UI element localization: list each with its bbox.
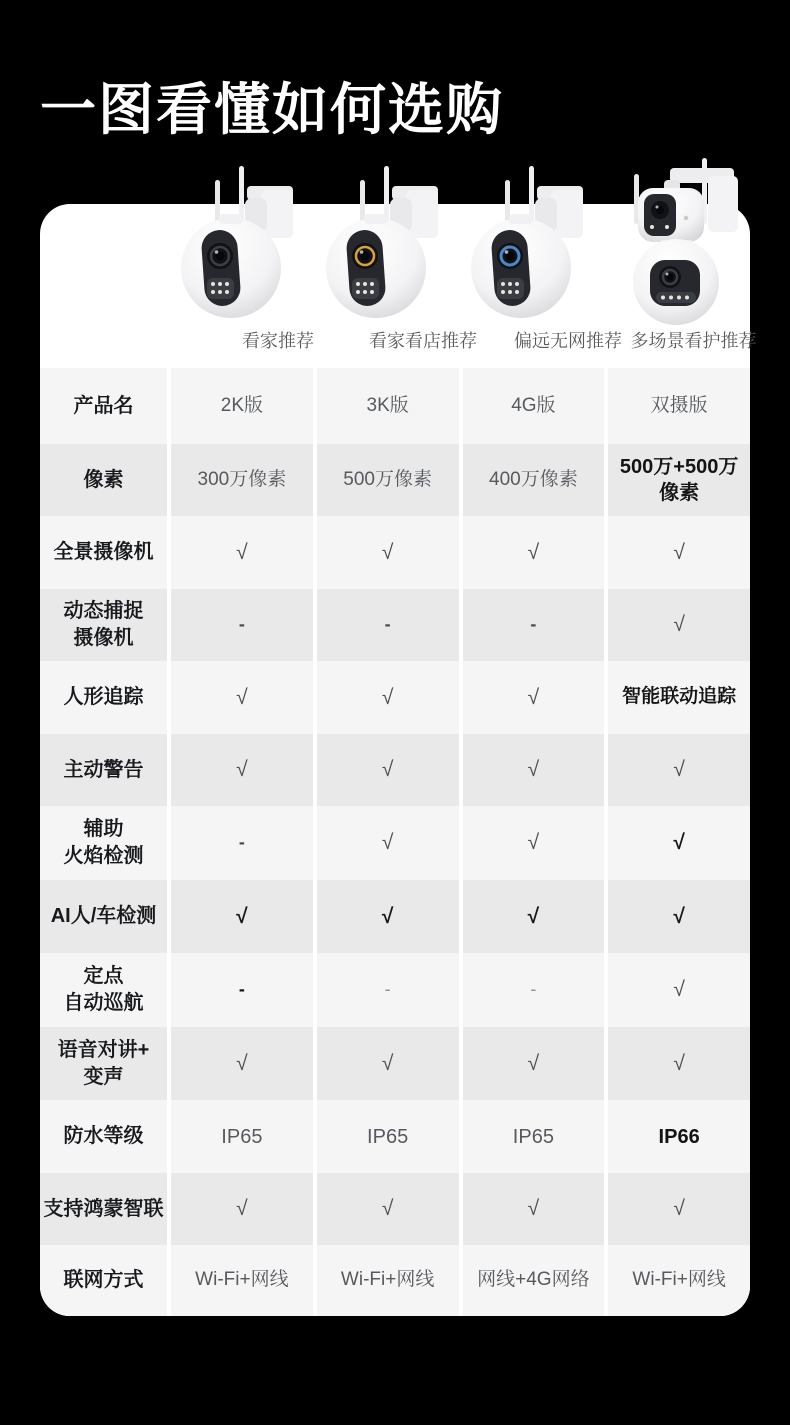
row-label: 防水等级	[40, 1100, 167, 1173]
row-label: 人形追踪	[40, 661, 167, 734]
dash-mark: -	[171, 953, 313, 1027]
check-mark: √	[608, 734, 750, 806]
table-cell: 2K版	[171, 368, 313, 444]
check-mark: √	[463, 1173, 605, 1245]
table-row-auto-cruise: 定点 自动巡航 - - - √	[40, 953, 750, 1027]
table-row-panoramic-camera: 全景摄像机 √ √ √ √	[40, 516, 750, 589]
check-mark: √	[608, 1027, 750, 1100]
table-cell: 3K版	[317, 368, 459, 444]
comparison-table: 产品名 2K版 3K版 4G版 双摄版 像素 300万像素 500万像素 400…	[40, 368, 750, 1316]
table-cell: 500万+500万像素	[608, 444, 750, 516]
table-cell: Wi-Fi+网线	[317, 1245, 459, 1316]
table-cell: IP66	[608, 1100, 750, 1173]
table-row-network-connection: 联网方式 Wi-Fi+网线 Wi-Fi+网线 网线+4G网络 Wi-Fi+网线	[40, 1245, 750, 1316]
table-row-megapixels: 像素 300万像素 500万像素 400万像素 500万+500万像素	[40, 444, 750, 516]
dash-mark: -	[171, 589, 313, 661]
product-recommendation-label: 多场景看护推荐	[637, 324, 750, 356]
table-cell: IP65	[463, 1100, 605, 1173]
check-mark: √	[317, 1173, 459, 1245]
check-mark: √	[317, 516, 459, 589]
product-recommendation-label: 看家看店推荐	[349, 324, 497, 356]
dash-mark: -	[171, 806, 313, 880]
row-label: 联网方式	[40, 1245, 167, 1316]
check-mark: √	[317, 880, 459, 953]
table-cell: 400万像素	[463, 444, 605, 516]
check-mark: √	[317, 661, 459, 734]
table-row-active-warning: 主动警告 √ √ √ √	[40, 734, 750, 806]
recommendation-row: 看家推荐 看家看店推荐 偏远无网推荐 多场景看护推荐	[40, 324, 750, 356]
table-cell: IP65	[317, 1100, 459, 1173]
check-mark: √	[317, 806, 459, 880]
dash-mark: -	[463, 953, 605, 1027]
camera-image-2k	[175, 166, 305, 331]
table-row-harmonyos-support: 支持鸿蒙智联 √ √ √ √	[40, 1173, 750, 1245]
row-label: 动态捕捉 摄像机	[40, 589, 167, 661]
check-mark: √	[171, 880, 313, 953]
check-mark: √	[608, 880, 750, 953]
product-card: 看家推荐 看家看店推荐 偏远无网推荐 多场景看护推荐 产品名 2K版 3K版 4…	[40, 204, 750, 1316]
promo-page: { "title": "一图看懂如何选购", "colors": { "back…	[0, 0, 790, 1425]
check-mark: √	[608, 1173, 750, 1245]
camera-image-dual	[608, 156, 748, 331]
row-label: 定点 自动巡航	[40, 953, 167, 1027]
row-label: 主动警告	[40, 734, 167, 806]
table-cell: 500万像素	[317, 444, 459, 516]
table-row-product-name: 产品名 2K版 3K版 4G版 双摄版	[40, 368, 750, 444]
dash-mark: -	[317, 953, 459, 1027]
check-mark: √	[463, 806, 605, 880]
camera-image-3k	[320, 166, 450, 331]
row-label: 支持鸿蒙智联	[40, 1173, 167, 1245]
table-row-flame-detection: 辅助 火焰检测 - √ √ √	[40, 806, 750, 880]
row-label: AI人/车检测	[40, 880, 167, 953]
table-cell: 智能联动追踪	[608, 661, 750, 734]
check-mark: √	[463, 661, 605, 734]
check-mark: √	[171, 516, 313, 589]
check-mark: √	[463, 1027, 605, 1100]
check-mark: √	[608, 516, 750, 589]
table-cell: 网线+4G网络	[463, 1245, 605, 1316]
table-cell: 双摄版	[608, 368, 750, 444]
table-row-waterproof-rating: 防水等级 IP65 IP65 IP65 IP66	[40, 1100, 750, 1173]
table-cell: 300万像素	[171, 444, 313, 516]
check-mark: √	[317, 734, 459, 806]
table-row-motion-capture-camera: 动态捕捉 摄像机 - - - √	[40, 589, 750, 661]
row-label: 像素	[40, 444, 167, 516]
check-mark: √	[608, 806, 750, 880]
check-mark: √	[463, 734, 605, 806]
row-label: 全景摄像机	[40, 516, 167, 589]
page-title: 一图看懂如何选购	[40, 66, 750, 146]
check-mark: √	[608, 953, 750, 1027]
dash-mark: -	[317, 589, 459, 661]
check-mark: √	[463, 516, 605, 589]
table-row-human-tracking: 人形追踪 √ √ √ 智能联动追踪	[40, 661, 750, 734]
table-cell: IP65	[171, 1100, 313, 1173]
row-label: 辅助 火焰检测	[40, 806, 167, 880]
table-cell: Wi-Fi+网线	[608, 1245, 750, 1316]
check-mark: √	[171, 734, 313, 806]
dash-mark: -	[463, 589, 605, 661]
table-row-ai-person-vehicle-detection: AI人/车检测 √ √ √ √	[40, 880, 750, 953]
check-mark: √	[463, 880, 605, 953]
product-recommendation-label: 偏远无网推荐	[494, 324, 642, 356]
check-mark: √	[171, 1027, 313, 1100]
check-mark: √	[171, 661, 313, 734]
row-label: 产品名	[40, 368, 167, 444]
check-mark: √	[171, 1173, 313, 1245]
row-label: 语音对讲+ 变声	[40, 1027, 167, 1100]
check-mark: √	[608, 589, 750, 661]
table-cell: 4G版	[463, 368, 605, 444]
check-mark: √	[317, 1027, 459, 1100]
table-row-two-way-audio: 语音对讲+ 变声 √ √ √ √	[40, 1027, 750, 1100]
camera-image-4g	[465, 166, 595, 331]
product-recommendation-label: 看家推荐	[204, 324, 352, 356]
table-cell: Wi-Fi+网线	[171, 1245, 313, 1316]
